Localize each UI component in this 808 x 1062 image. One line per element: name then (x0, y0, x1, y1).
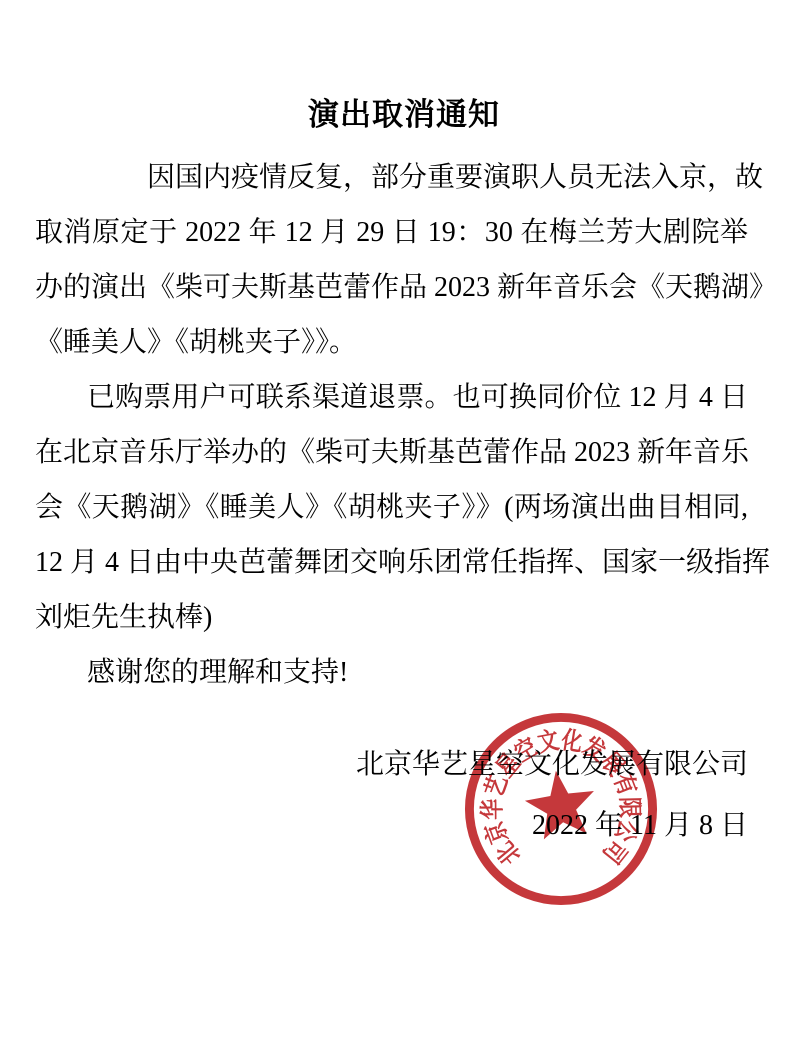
notice-page: 演出取消通知 因国内疫情反复，部分重要演职人员无法入京，故 取消原定于 2022… (0, 0, 808, 1062)
text-line: 因国内疫情反复，部分重要演职人员无法入京，故 (35, 150, 748, 205)
company-signature: 北京华艺星空文化发展有限公司 (356, 737, 748, 792)
document-body: 因国内疫情反复，部分重要演职人员无法入京，故 取消原定于 2022 年 12 月… (35, 150, 748, 700)
text-line: 12 月 4 日由中央芭蕾舞团交响乐团常任指挥、国家一级指挥 (35, 535, 748, 590)
text-line: 已购票用户可联系渠道退票。也可换同价位 12 月 4 日 (35, 370, 748, 425)
text-line: 办的演出《柴可夫斯基芭蕾作品 2023 新年音乐会《天鹅湖》 (35, 260, 748, 315)
text-line: 《睡美人》《胡桃夹子》》。 (35, 315, 748, 370)
document-title: 演出取消通知 (0, 96, 808, 133)
text-line: 刘炬先生执棒) (35, 590, 748, 645)
date-line: 2022 年 11 月 8 日 (356, 798, 748, 853)
signature-block: 北京华艺星空文化发展有限公司 2022 年 11 月 8 日 (356, 737, 748, 853)
paragraph-thanks: 感谢您的理解和支持! (35, 645, 748, 700)
text-line: 取消原定于 2022 年 12 月 29 日 19：30 在梅兰芳大剧院举 (35, 205, 748, 260)
text-line: 会《天鹅湖》《睡美人》《胡桃夹子》》(两场演出曲目相同, (35, 480, 748, 535)
paragraph-cancellation: 因国内疫情反复，部分重要演职人员无法入京，故 取消原定于 2022 年 12 月… (35, 150, 748, 370)
text-line: 在北京音乐厅举办的《柴可夫斯基芭蕾作品 2023 新年音乐 (35, 425, 748, 480)
text-line: 感谢您的理解和支持! (35, 645, 748, 700)
paragraph-refund: 已购票用户可联系渠道退票。也可换同价位 12 月 4 日 在北京音乐厅举办的《柴… (35, 370, 748, 645)
